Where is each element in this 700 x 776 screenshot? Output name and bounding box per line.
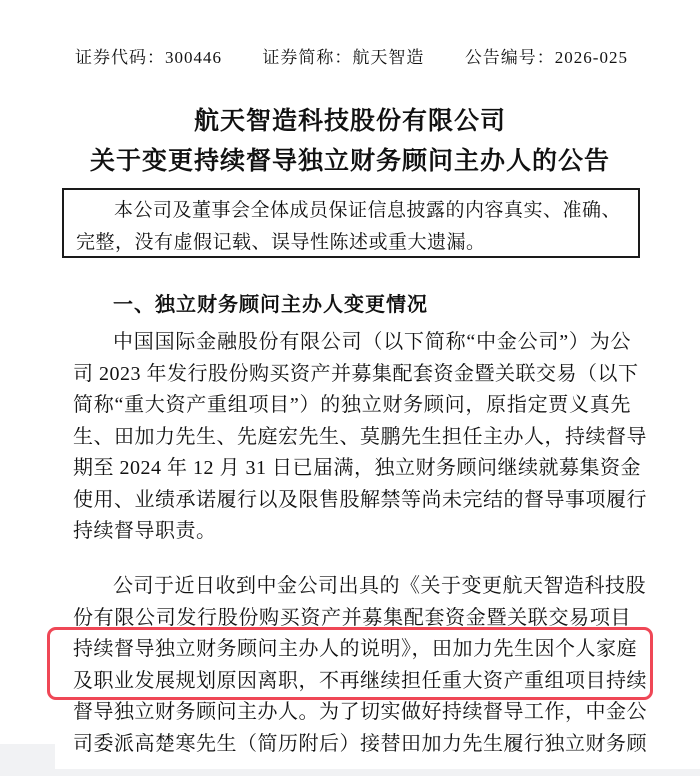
paragraph-2: 公司于近日收到中金公司出具的《关于变更航天智造科技股 份有限公司发行股份购买资产…: [73, 571, 631, 760]
paragraph-line: 使用、业绩承诺履行以及限售股解禁等尚未完结的督导事项履行: [73, 485, 631, 517]
disclaimer-box: 本公司及董事会全体成员保证信息披露的内容真实、准确、 完整，没有虚假记载、误导性…: [62, 188, 640, 258]
paragraph-line: 司 2023 年发行股份购买资产并募集配套资金暨关联交易（以下: [73, 359, 631, 391]
paragraph-line: 持续督导独立财务顾问主办人的说明》，田加力先生因个人家庭: [73, 634, 631, 666]
announcement-number: 公告编号：2026-025: [465, 43, 628, 68]
disclaimer-line: 完整，没有虚假记载、误导性陈述或重大遗漏。: [76, 227, 626, 259]
announcement-title: 关于变更持续督导独立财务顾问主办人的公告: [0, 141, 700, 177]
paragraph-line: 简称“重大资产重组项目”）的独立财务顾问，原指定贾义真先: [73, 390, 631, 422]
company-name-title: 航天智造科技股份有限公司: [0, 101, 700, 137]
paragraph-line: 份有限公司发行股份购买资产并募集配套资金暨关联交易项目: [73, 603, 631, 635]
paragraph-line: 及职业发展规划原因离职，不再继续担任重大资产重组项目持续: [73, 666, 631, 698]
document-header: 证券代码：300446 证券简称：航天智造 公告编号：2026-025: [75, 43, 628, 68]
paragraph-line: 司委派高楚寒先生（简历附后）接替田加力先生履行独立财务顾: [73, 729, 631, 761]
paragraph-1: 中国国际金融股份有限公司（以下简称“中金公司”）为公 司 2023 年发行股份购…: [73, 327, 631, 548]
paragraph-line: 中国国际金融股份有限公司（以下简称“中金公司”）为公: [73, 327, 631, 359]
paragraph-line: 生、田加力先生、先庭宏先生、莫鹏先生担任主办人，持续督导: [73, 422, 631, 454]
disclaimer-line: 本公司及董事会全体成员保证信息披露的内容真实、准确、: [76, 195, 626, 227]
paragraph-line: 公司于近日收到中金公司出具的《关于变更航天智造科技股: [73, 571, 631, 603]
paragraph-line: 持续督导职责。: [73, 516, 631, 548]
stock-short-name: 证券简称：航天智造: [262, 43, 424, 68]
page-edge-bottom: [0, 769, 700, 776]
paragraph-line: 督导独立财务顾问主办人。为了切实做好持续督导工作，中金公: [73, 697, 631, 729]
stock-code: 证券代码：300446: [75, 43, 222, 68]
paragraph-line: 期至 2024 年 12 月 31 日已届满，独立财务顾问继续就募集资金: [73, 453, 631, 485]
section-1-heading: 一、独立财务顾问主办人变更情况: [73, 288, 630, 317]
